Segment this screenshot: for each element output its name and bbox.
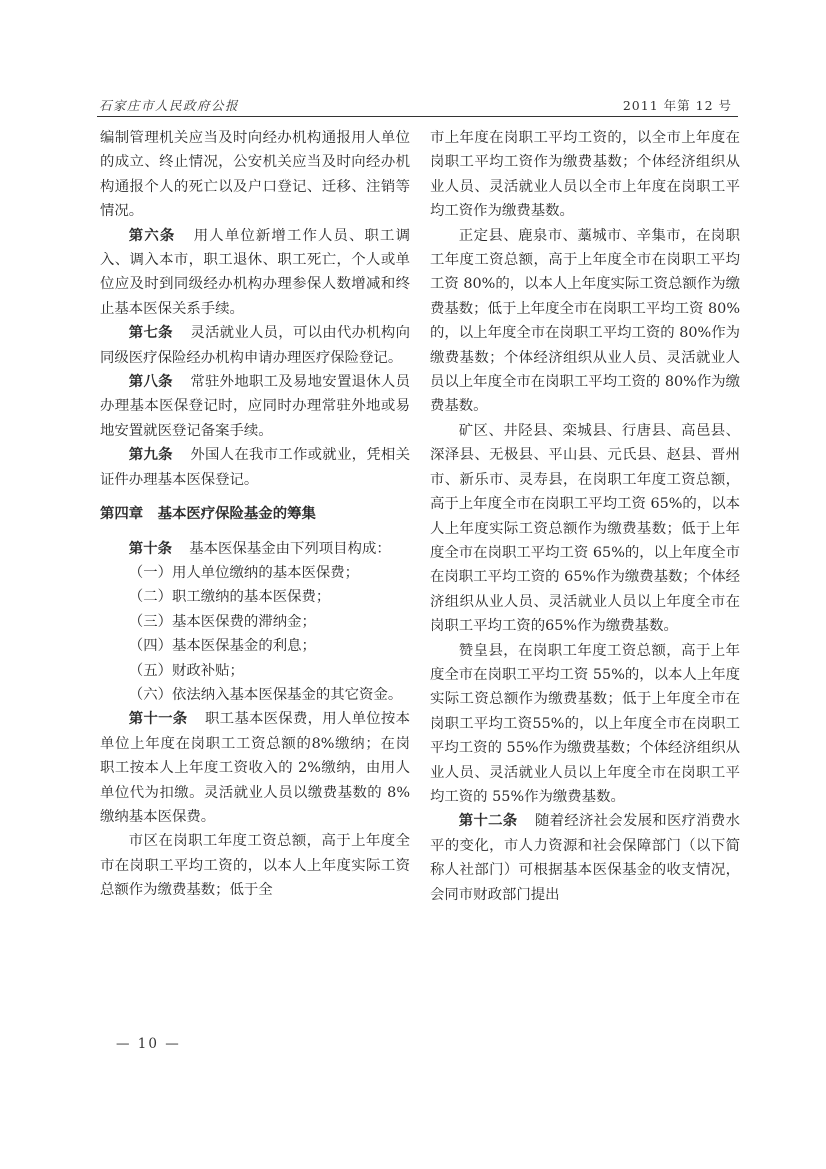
right-column: 市上年度在岗职工平均工资的，以全市上年度在岗职工平均工资作为缴费基数；个体经济组…: [430, 126, 740, 907]
article-title: 第九条: [129, 447, 173, 463]
article-title: 第十条: [129, 541, 172, 557]
article-text: 职工基本医保费，用人单位按本单位上年度在岗职工工资总额的8%缴纳；在岗职工按本人…: [100, 711, 410, 825]
article-11: 第十一条职工基本医保费，用人单位按本单位上年度在岗职工工资总额的8%缴纳；在岗职…: [100, 707, 410, 829]
article-title: 第十一条: [129, 711, 188, 727]
article-title: 第十二条: [459, 813, 518, 829]
article-6: 第六条用人单位新增工作人员、职工调入、调入本市，职工退休、职工死亡，个人或单位应…: [100, 224, 410, 322]
paragraph-continued: 市上年度在岗职工平均工资的，以全市上年度在岗职工平均工资作为缴费基数；个体经济组…: [430, 126, 740, 224]
paragraph-55-percent: 赞皇县，在岗职工年度工资总额，高于上年度全市在岗职工平均工资 55%的，以本人上…: [430, 639, 740, 810]
article-9: 第九条外国人在我市工作或就业，凭相关证件办理基本医保登记。: [100, 443, 410, 492]
article-12: 第十二条随着经济社会发展和医疗消费水平的变化，市人力资源和社会保障部门（以下简称…: [430, 809, 740, 907]
page-number: — 10 —: [116, 1036, 181, 1052]
article-text: 基本医保基金由下列项目构成：: [189, 541, 390, 557]
list-item: （四）基本医保基金的利息；: [100, 634, 410, 658]
left-column: 编制管理机关应当及时向经办机构通报用人单位的成立、终止情况，公安机关应当及时向经…: [100, 126, 410, 903]
article-8: 第八条常驻外地职工及易地安置退休人员办理基本医保登记时，应同时办理常驻外地或易地…: [100, 370, 410, 443]
paragraph-80-percent: 正定县、鹿泉市、藁城市、辛集市，在岗职工年度工资总额，高于上年度全市在岗职工平均…: [430, 224, 740, 419]
list-item: （六）依法纳入基本医保基金的其它资金。: [100, 683, 410, 707]
chapter-heading: 第四章 基本医疗保险基金的筹集: [100, 502, 410, 526]
paragraph-city-district: 市区在岗职工年度工资总额，高于上年度全市在岗职工平均工资的，以本人上年度实际工资…: [100, 829, 410, 902]
list-item: （二）职工缴纳的基本医保费；: [100, 585, 410, 609]
issue-number: 2011 年第 12 号: [623, 96, 732, 114]
list-item: （三）基本医保费的滞纳金；: [100, 610, 410, 634]
article-title: 第七条: [129, 325, 173, 341]
article-title: 第六条: [129, 228, 176, 244]
article-title: 第八条: [129, 374, 173, 390]
running-header: 石家庄市人民政府公报 2011 年第 12 号: [97, 96, 738, 117]
list-item: （一）用人单位缴纳的基本医保费；: [100, 561, 410, 585]
list-item: （五）财政补贴；: [100, 659, 410, 683]
paragraph-65-percent: 矿区、井陉县、栾城县、行唐县、高邑县、深泽县、无极县、平山县、元氏县、赵县、晋州…: [430, 419, 740, 639]
article-10: 第十条基本医保基金由下列项目构成：: [100, 537, 410, 561]
publication-title: 石家庄市人民政府公报: [99, 96, 239, 114]
paragraph-continued: 编制管理机关应当及时向经办机构通报用人单位的成立、终止情况，公安机关应当及时向经…: [100, 126, 410, 224]
article-7: 第七条灵活就业人员，可以由代办机构向同级医疗保险经办机构申请办理医疗保险登记。: [100, 321, 410, 370]
